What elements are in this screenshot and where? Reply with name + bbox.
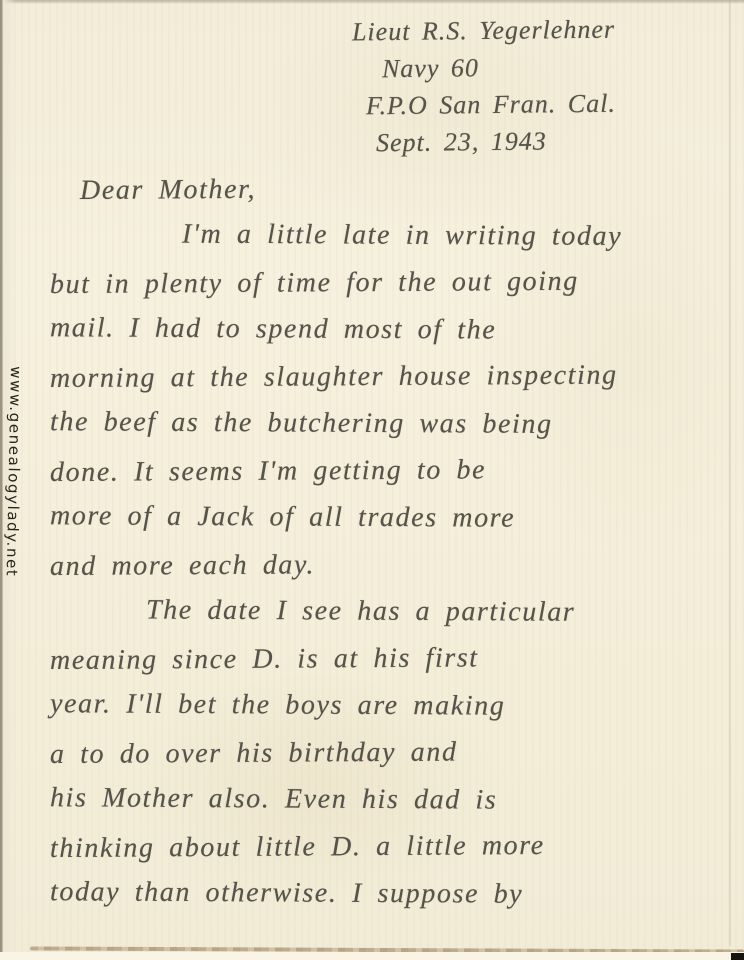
- letter-line: today than otherwise. I suppose by: [50, 868, 718, 918]
- letter-line: thinking about little D. a little more: [50, 821, 718, 872]
- scanned-letter-page: www.genealogylady.net Lieut R.S. Yegerle…: [0, 0, 744, 960]
- letter-body: Dear Mother, I'm a little late in writin…: [50, 165, 718, 917]
- paper-bottom-strip: [0, 952, 744, 960]
- letter-line: mail. I had to spend most of the: [50, 304, 718, 354]
- letter-line: I'm a little late in writing today: [182, 211, 718, 261]
- salutation: Dear Mother,: [80, 163, 718, 214]
- header-navy-number: Navy 60: [382, 48, 616, 87]
- header-sender-name: Lieut R.S. Yegerlehner: [352, 11, 616, 51]
- letter-header: Lieut R.S. Yegerlehner Navy 60 F.P.O San…: [352, 12, 616, 160]
- letter-line: his Mother also. Even his dad is: [50, 774, 718, 824]
- letter-line: morning at the slaughter house inspectin…: [50, 351, 718, 402]
- letter-line: meaning since D. is at his first: [50, 633, 718, 684]
- scan-corner-mark: [731, 953, 744, 960]
- letter-line: the beef as the butchering was being: [50, 398, 718, 448]
- letter-line: but in plenty of time for the out going: [50, 257, 718, 308]
- letter-line: year. I'll bet the boys are making: [50, 680, 718, 730]
- header-post-office: F.P.O San Fran. Cal.: [366, 85, 616, 125]
- letter-line: more of a Jack of all trades more: [50, 492, 718, 542]
- letter-line: a to do over his birthday and: [50, 727, 718, 778]
- letter-line: done. It seems I'm getting to be: [50, 445, 718, 496]
- letter-line: The date I see has a particular: [146, 587, 718, 637]
- header-date: Sept. 23, 1943: [376, 122, 616, 162]
- watermark-url: www.genealogylady.net: [3, 366, 25, 578]
- letter-line: and more each day.: [50, 539, 718, 590]
- paper-crease: [729, 0, 731, 946]
